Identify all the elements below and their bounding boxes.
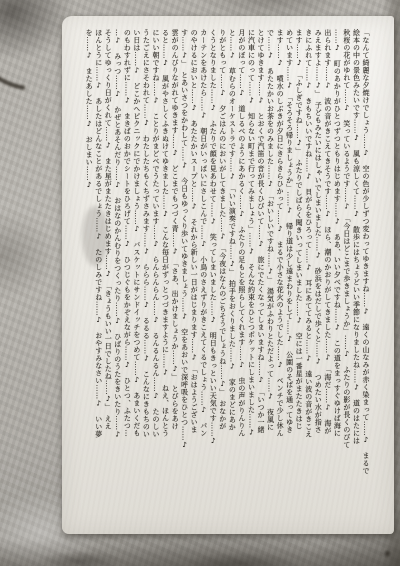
text-column: そうしてゆっくり日がくれて……♪ また星がまたたきはじめます……♪ 「きょうもい… xyxy=(103,29,113,529)
text-column: りがともって……♪ 夕ごはんのにおいがしてきました……♪ 「今夜はなんのごちそう… xyxy=(217,29,227,529)
text-column: ます……♪ 噴水のしぶきが夕日にきらきらひかって……♪ まるで小さな花火のようで… xyxy=(275,29,285,529)
text-column: に汽車にのって……♪ 知らない町まで行ってみましょう」……♪ そんな約束をひとつ… xyxy=(246,29,256,529)
text-column: ほんとうに……♪ あしたはどんなことがあるでしょう……♪ たのしみですね……♪ … xyxy=(93,29,103,529)
text-column: うたごえにさそわれて……♪ わたしたちもくちずさみます……♪ ららら……♪ るる… xyxy=(141,29,151,529)
text-column: を……♪ またあした……♪ おしまい……♪ xyxy=(84,29,94,529)
text-column: 絵本の中の景色みたいです……♪ 風も涼しくて……♪ 散歩にはちょうどいい季節にな… xyxy=(351,29,361,529)
text-column: 「なんて綺麗な夕焼けでしょう……♪ 空の色が少しずつ変わってゆきますね……♪ 遠… xyxy=(360,29,370,529)
text-column: くうとなりました……♪ ふたりで顔を見あわせて……♪ 笑ってしまいました……♪ … xyxy=(208,29,218,529)
text-column: い日は……♪ どこかへピクニックにでかけましょう……♪ バスケットにサンドイッチ… xyxy=(131,29,141,529)
text-column: きにふれて……♪ きもちいいですね……♪ 貝がらをひろって……♪ 耳にあててみる… xyxy=(303,29,313,529)
text-column: のやけるにおいと……♪ あたたかいスープと……♪ それから新しい一日がはじまりま… xyxy=(189,29,199,529)
vertical-text-block: 「なんて綺麗な夕焼けでしょう……♪ 空の色が少しずつ変わってゆきますね……♪ 遠… xyxy=(84,29,370,529)
scanned-page: 「なんて綺麗な夕焼けでしょう……♪ 空の色が少しずつ変わってゆきますね……♪ 遠… xyxy=(62,16,394,534)
text-column: カーテンをあけたら……♪ 朝日がいっぱいにさしこんで……♪ 小鳥のさえずりがきこ… xyxy=(198,29,208,529)
text-column: で……♪ あたたかいお茶をのみました……♪ 「おいしいですね……♪」 湯気がふわ… xyxy=(265,29,275,529)
text-column: ます……♪ 「ふしぎですね……♪」 ふたりでしばらく聞きいってしまいました……♪… xyxy=(294,29,304,529)
text-column: のもわすれずに……♪ まきばのおかでシートをひろげて……♪ ひつじぐもをかぞえな… xyxy=(122,29,132,529)
text-column: 月がのぼって……♪ 道しるべのようにあかるく……♪ ふたりの足もとを照らしてくれ… xyxy=(236,29,246,529)
text-column: にいい朝ですね……♪ ことりがまどべでうたっています……♪ らんらんらん……♪ … xyxy=(150,29,160,529)
text-column: ると……♪ 風がやさしくふきぬけてゆきました……♪ こんな毎日がずっとつづきます… xyxy=(160,29,170,529)
text-column: …♪ みっつ……♪ かぜとあそんだり……♪ おはなのかんむりをつくったり……♪ … xyxy=(112,29,122,529)
text-column: めています……♪ 「そろそろ帰りましょうか」……♪ 帰り道は少し遠まわりをして…… xyxy=(284,29,294,529)
text-column: とけてゆきます……♪ とおくで汽笛の音が長くひびいて……♪ 旅にでたくなってしま… xyxy=(255,29,265,529)
scan-bottom-shadow xyxy=(0,540,400,566)
text-column: 秋桜の花がゆれて……♪ 笑っているようです……♪ 「今日はどこまで歩きましょうか… xyxy=(341,29,351,529)
scan-background: { "colors": { "paper": "#edebe5", "ink":… xyxy=(0,0,400,566)
text-column: みえますよ……♪」 子どもみたいにはしゃいでしまいました……♪ 砂浜をはだしで歩… xyxy=(313,29,323,529)
text-column: ……♪ 町のあかりがひとつずつともりはじめます……♪ ああ、いい夕べですね……♪… xyxy=(332,29,342,529)
text-column: と……♪ 草むらのオーケストラです……♪ 「いい演奏ですね……♪」 拍手をおくり… xyxy=(227,29,237,529)
text-column: 出られます……♪ 波の音がきこえてきそうです……♪ ほら、潮のかおりがしてきまし… xyxy=(322,29,332,529)
text-column: 雲がのんびりながれてゆきます……♪ どこまでもつづく青……♪ 「さあ、出かけまし… xyxy=(170,29,180,529)
text-column: す……♪」 とあいさつをかわして……♪ 今日もゆっくり歩いてゆきましょう……♪ … xyxy=(179,29,189,529)
